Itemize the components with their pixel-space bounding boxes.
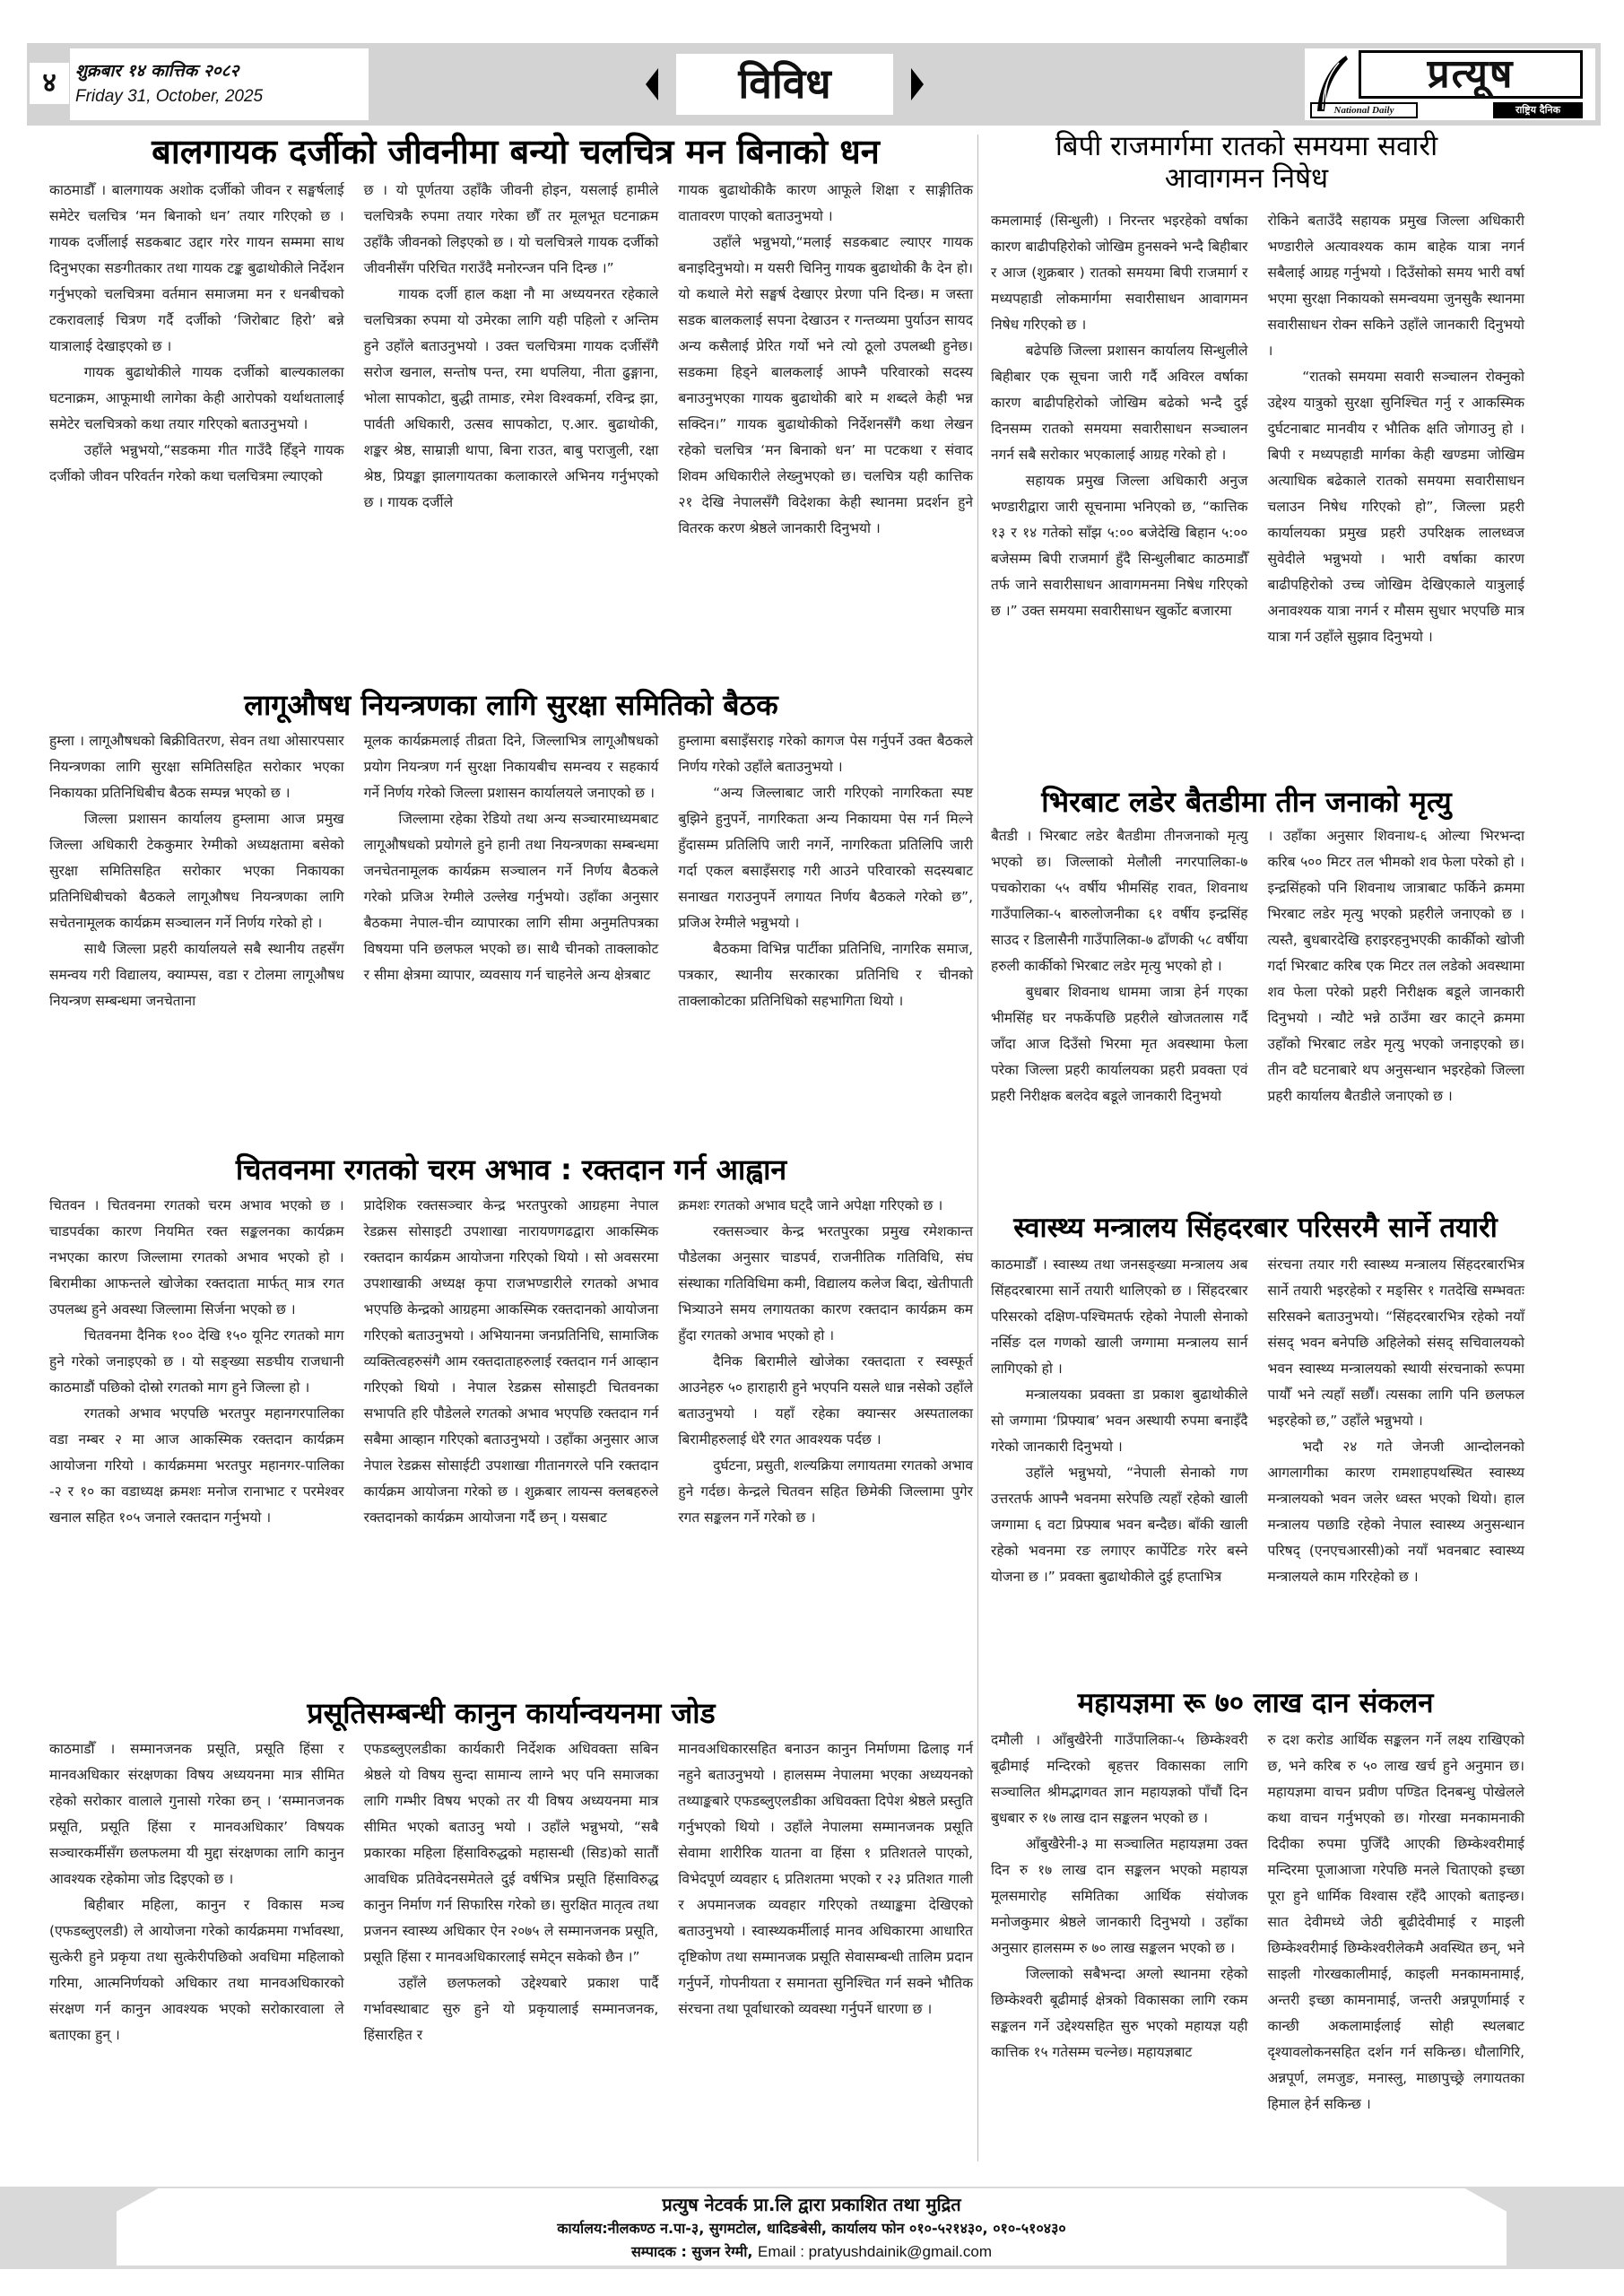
paragraph: सहायक प्रमुख जिल्ला अधिकारी अनुज भण्डारी… [991, 468, 1248, 624]
arrow-left-icon [646, 68, 658, 100]
paragraph: दैनिक बिरामीले खोजेका रक्तदाता र स्वस्फू… [678, 1349, 973, 1453]
paragraph: । उहाँका अनुसार शिवनाथ-६ ओल्या भिरभन्दा … [1268, 823, 1525, 1109]
article-column: रु दश करोड आर्थिक सङ्कलन गर्ने लक्ष्य रा… [1268, 1727, 1525, 2118]
paragraph: हुम्ला । लागूऔषधको बिक्रीवितरण, सेवन तथा… [49, 728, 344, 806]
paragraph: क्रमशः रगतको अभाव घट्दै जाने अपेक्षा गरि… [678, 1193, 973, 1219]
paragraph: प्रादेशिक रक्तसञ्चार केन्द्र भरतपुरको आग… [364, 1193, 659, 1531]
logo-tagline-english: National Daily [1310, 102, 1418, 118]
article-body-drugs: हुम्ला । लागूऔषधको बिक्रीवितरण, सेवन तथा… [49, 728, 973, 1014]
article-body-health-ministry: काठमाडौँ । स्वास्थ्य तथा जनसङ्ख्या मन्त्… [991, 1252, 1524, 1590]
paragraph: उहाँले भन्नुभयो, “नेपाली सेनाको गण उत्तर… [991, 1460, 1248, 1590]
article-body-film: काठमाडौँ । बालगायक अशोक दर्जीको जीवन र स… [49, 178, 973, 542]
paragraph: चितवन । चितवनमा रगतको चरम अभाव भएको छ । … [49, 1193, 344, 1323]
paragraph: जिल्ला प्रशासन कार्यालय हुम्लामा आज प्रम… [49, 806, 344, 936]
paragraph: बैतडी । भिरबाट लडेर बैतडीमा तीनजनाको मृत… [991, 823, 1248, 979]
paragraph: काठमाडौँ । बालगायक अशोक दर्जीको जीवन र स… [49, 178, 344, 360]
article-column: रोकिने बताउँदै सहायक प्रमुख जिल्ला अधिका… [1268, 208, 1525, 650]
article-column: दमौली । आँबुखैरेनी गाउँपालिका-५ छिम्केश्… [991, 1727, 1248, 2118]
article-column: चितवन । चितवनमा रगतको चरम अभाव भएको छ । … [49, 1193, 344, 1531]
logo-tagline-nepali: राष्ट्रिय दैनिक [1493, 102, 1583, 118]
paragraph: गायक दर्जी हाल कक्षा नौ मा अध्ययनरत रहेक… [364, 282, 659, 516]
paragraph: मानवअधिकारसहित बनाउन कानुन निर्माणमा ढिल… [678, 1736, 973, 2022]
address-line: कार्यालय:नीलकण्ठ न.पा-३, सुगमटोल, धादिङब… [117, 2217, 1507, 2240]
logo-name: प्रत्यूष [1359, 50, 1583, 99]
paragraph: गायक बुढाथोकीकै कारण आफूले शिक्षा र साङ्… [678, 178, 973, 230]
email-link[interactable]: Email : pratyushdainik@gmail.com [758, 2243, 992, 2260]
article-column: संरचना तयार गरी स्वास्थ्य मन्त्रालय सिंह… [1268, 1252, 1525, 1590]
article-column: गायक बुढाथोकीकै कारण आफूले शिक्षा र साङ्… [678, 178, 973, 542]
paragraph: दुर्घटना, प्रसुती, शल्यक्रिया लगायतमा रग… [678, 1453, 973, 1531]
paragraph: भदौ २४ गते जेनजी आन्दोलनको आगलागीका कारण… [1268, 1434, 1525, 1590]
paragraph: “रातको समयमा सवारी सञ्चालन रोक्नुको उद्द… [1268, 364, 1525, 650]
article-column: हुम्ला । लागूऔषधको बिक्रीवितरण, सेवन तथा… [49, 728, 344, 1014]
arrow-right-icon [911, 68, 924, 100]
article-body-bp-highway: कमलामाई (सिन्धुली) । निरन्तर भइरहेको वर्… [991, 208, 1524, 650]
article-headline-maternity: प्रसूतिसम्बन्धी कानुन कार्यान्वयनमा जोड [197, 1697, 825, 1730]
paragraph: उहाँले भन्नुभयो,“सडकमा गीत गाउँदै हिँड्न… [49, 438, 344, 490]
article-column: काठमाडौँ । स्वास्थ्य तथा जनसङ्ख्या मन्त्… [991, 1252, 1248, 1590]
newspaper-logo: प्रत्यूष National Daily राष्ट्रिय दैनिक [1305, 48, 1595, 120]
paragraph: काठमाडौँ । स्वास्थ्य तथा जनसङ्ख्या मन्त्… [991, 1252, 1248, 1382]
paragraph: चितवनमा दैनिक १०० देखि १५० यूनिट रगतको म… [49, 1323, 344, 1401]
paragraph: आँबुखैरेनी-३ मा सञ्चालित महायज्ञमा उक्त … [991, 1831, 1248, 1961]
publisher-line: प्रत्युष नेटवर्क प्रा.लि द्वारा प्रकाशित… [117, 2188, 1507, 2217]
date-english: Friday 31, October, 2025 [75, 84, 363, 109]
paragraph: रगतको अभाव भएपछि भरतपुर महानगरपालिका वडा… [49, 1401, 344, 1531]
footer-imprint: प्रत्युष नेटवर्क प्रा.लि द्वारा प्रकाशित… [117, 2188, 1507, 2266]
paragraph: जिल्लाको सबैभन्दा अग्लो स्थानमा रहेको छि… [991, 1961, 1248, 2066]
paragraph: बढेपछि जिल्ला प्रशासन कार्यालय सिन्धुलील… [991, 338, 1248, 468]
paragraph: गायक बुढाथोकीले गायक दर्जीको बाल्यकालका … [49, 360, 344, 438]
article-column: मानवअधिकारसहित बनाउन कानुन निर्माणमा ढिल… [678, 1736, 973, 2048]
paragraph: उहाँले छलफलको उद्देश्यबारे प्रकाश पार्दै… [364, 1970, 659, 2048]
paragraph: रोकिने बताउँदै सहायक प्रमुख जिल्ला अधिका… [1268, 208, 1525, 364]
article-column: काठमाडौँ । बालगायक अशोक दर्जीको जीवन र स… [49, 178, 344, 542]
article-headline-drugs: लागूऔषध नियन्त्रणका लागि सुरक्षा समितिको… [108, 689, 915, 722]
article-column: । उहाँका अनुसार शिवनाथ-६ ओल्या भिरभन्दा … [1268, 823, 1525, 1109]
paragraph: रु दश करोड आर्थिक सङ्कलन गर्ने लक्ष्य रा… [1268, 1727, 1525, 2118]
article-column: कमलामाई (सिन्धुली) । निरन्तर भइरहेको वर्… [991, 208, 1248, 650]
article-column: मूलक कार्यक्रमलाई तीव्रता दिने, जिल्लाभि… [364, 728, 659, 1014]
column-divider [977, 135, 978, 2161]
paragraph: बैठकमा विभिन्न पार्टीका प्रतिनिधि, नागरि… [678, 936, 973, 1014]
article-body-baitadi: बैतडी । भिरबाट लडेर बैतडीमा तीनजनाको मृत… [991, 823, 1524, 1109]
paragraph: हुम्लामा बसाइँसराइ गरेको कागज पेस गर्नुप… [678, 728, 973, 780]
article-column: काठमाडौँ । सम्मानजनक प्रसूति, प्रसूति हि… [49, 1736, 344, 2048]
date-box: शुक्रबार १४ कात्तिक २०८२ Friday 31, Octo… [70, 48, 369, 120]
paragraph: एफडब्लुएलडीका कार्यकारी निर्देशक अधिवक्त… [364, 1736, 659, 1970]
paragraph: साथै जिल्ला प्रहरी कार्यालयले सबै स्थानी… [49, 936, 344, 1014]
paragraph: बुधबार शिवनाथ धाममा जात्रा हेर्न गएका भी… [991, 979, 1248, 1109]
article-headline-blood: चितवनमा रगतको चरम अभाव : रक्तदान गर्न आह… [108, 1153, 915, 1187]
editor-name: सम्पादक : सुजन रेग्मी, [631, 2243, 752, 2260]
paragraph: रक्तसञ्चार केन्द्र भरतपुरका प्रमुख रमेशक… [678, 1219, 973, 1349]
section-label: विविध [646, 54, 924, 115]
paragraph: जिल्लामा रहेका रेडियो तथा अन्य सञ्चारमाध… [364, 806, 659, 988]
paragraph: “अन्य जिल्लाबाट जारी गरिएको नागरिकता स्प… [678, 780, 973, 936]
paragraph: मन्त्रालयका प्रवक्ता डा प्रकाश बुढाथोकील… [991, 1382, 1248, 1460]
section-title: विविध [676, 54, 893, 115]
article-column: प्रादेशिक रक्तसञ्चार केन्द्र भरतपुरको आग… [364, 1193, 659, 1531]
article-column: एफडब्लुएलडीका कार्यकारी निर्देशक अधिवक्त… [364, 1736, 659, 2048]
article-headline-baitadi: भिरबाट लडेर बैतडीमा तीन जनाको मृत्यु [995, 786, 1498, 819]
article-column: क्रमशः रगतको अभाव घट्दै जाने अपेक्षा गरि… [678, 1193, 973, 1531]
paragraph: संरचना तयार गरी स्वास्थ्य मन्त्रालय सिंह… [1268, 1252, 1525, 1434]
article-body-mahayagya: दमौली । आँबुखैरेनी गाउँपालिका-५ छिम्केश्… [991, 1727, 1524, 2118]
article-headline-bp-highway: बिपी राजमार्गमा रातको समयमा सवारी आवागमन… [1004, 131, 1489, 195]
article-body-blood: चितवन । चितवनमा रगतको चरम अभाव भएको छ । … [49, 1193, 973, 1531]
date-nepali: शुक्रबार १४ कात्तिक २०८२ [75, 57, 363, 84]
paragraph: बिहीबार महिला, कानुन र विकास मञ्च (एफडब्… [49, 1892, 344, 2048]
masthead: ४ शुक्रबार १४ कात्तिक २०८२ Friday 31, Oc… [27, 43, 1601, 126]
page-number: ४ [30, 63, 69, 104]
paragraph: काठमाडौँ । सम्मानजनक प्रसूति, प्रसूति हि… [49, 1736, 344, 1892]
article-body-maternity: काठमाडौँ । सम्मानजनक प्रसूति, प्रसूति हि… [49, 1736, 973, 2048]
editor-line: सम्पादक : सुजन रेग्मी, Email : pratyushd… [117, 2240, 1507, 2264]
paragraph: मूलक कार्यक्रमलाई तीव्रता दिने, जिल्लाभि… [364, 728, 659, 806]
article-headline-health-ministry: स्वास्थ्य मन्त्रालय सिंहदरबार परिसरमै सा… [986, 1213, 1524, 1245]
paragraph: दमौली । आँबुखैरेनी गाउँपालिका-५ छिम्केश्… [991, 1727, 1248, 1831]
article-column: हुम्लामा बसाइँसराइ गरेको कागज पेस गर्नुप… [678, 728, 973, 1014]
paragraph: कमलामाई (सिन्धुली) । निरन्तर भइरहेको वर्… [991, 208, 1248, 338]
paragraph: उहाँले भन्नुभयो,“मलाई सडकबाट ल्याएर गायक… [678, 230, 973, 542]
article-column: छ । यो पूर्णतया उहाँकै जीवनी होइन, यसलाई… [364, 178, 659, 542]
paragraph: छ । यो पूर्णतया उहाँकै जीवनी होइन, यसलाई… [364, 178, 659, 282]
article-headline-mahayagya: महायज्ञमा रू ७० लाख दान संकलन [1031, 1688, 1480, 1720]
article-column: बैतडी । भिरबाट लडेर बैतडीमा तीनजनाको मृत… [991, 823, 1248, 1109]
article-headline-film: बालगायक दर्जीको जीवनीमा बन्यो चलचित्र मन… [54, 133, 977, 172]
